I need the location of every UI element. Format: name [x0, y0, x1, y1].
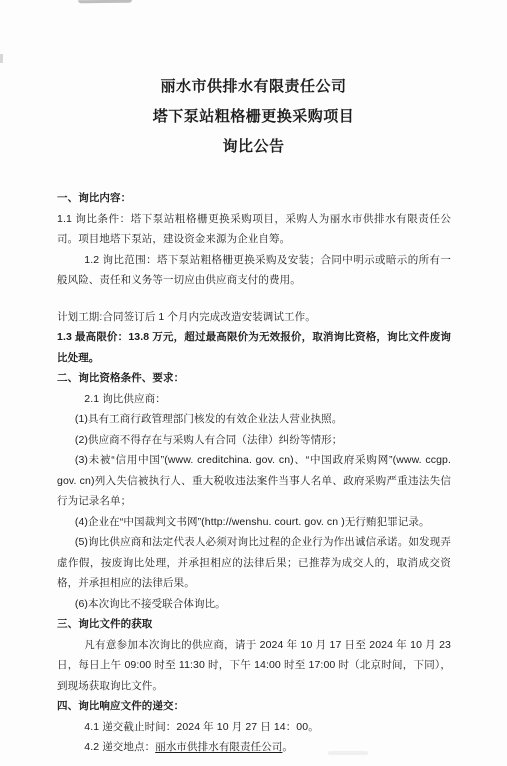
company-name-title: 丽水市供排水有限责任公司 [0, 72, 507, 102]
clause-1-2-scope: 1.2 询比范围：塔下泵站粗格栅更换采购及安装；合同中明示或暗示的所有一般风险、… [57, 250, 451, 291]
scan-artifact-bottom-smudge [328, 751, 368, 755]
notice-type-title: 询比公告 [0, 132, 507, 162]
clause-1-3-max-price: 1.3 最高限价：13.8 万元，超过最高限价为无效报价，取消询比资格，询比文件… [57, 327, 451, 368]
clause-1-1-conditions: 1.1 询比条件：塔下泵站粗格栅更换采购项目，采购人为丽水市供排水有限责任公司。… [57, 209, 451, 250]
clause-planned-duration: 计划工期:合同签订后 1 个月内完成改造安装调试工作。 [57, 307, 451, 328]
section3-heading: 三、询比文件的获取 [57, 614, 451, 635]
scanned-document-page: 丽水市供排水有限责任公司 塔下泵站粗格栅更换采购项目 询比公告 一、询比内容： … [0, 0, 507, 766]
section2-heading: 二、询比资格条件、要求： [57, 368, 451, 389]
section1-heading: 一、询比内容： [57, 188, 451, 209]
qualification-item-6: (6)本次询比不接受联合体询比。 [57, 594, 451, 615]
scan-artifact-top-smudge [78, 0, 132, 3]
qualification-item-2: (2)供应商不得存在与采购人有合同（法律）纠纷等情形； [57, 430, 451, 451]
clause-4-2-label: 4.2 递交地点： [84, 741, 155, 753]
document-obtainment-paragraph: 凡有意参加本次询比的供应商，请于 2024 年 10 月 17 日至 2024 … [57, 635, 451, 697]
delivery-location-company-underlined: 丽水市供排水有限责任公司 [155, 741, 282, 753]
section4-heading: 四、询比响应文件的递交： [57, 696, 451, 717]
qualification-item-1: (1)具有工商行政管理部门核发的有效企业法人营业执照。 [57, 409, 451, 430]
qualification-item-3: (3)未被“信用中国”(www. creditchina. gov. cn)、“… [57, 450, 451, 512]
clause-4-1-deadline: 4.1 递交截止时间：2024 年 10 月 27 日 14：00。 [57, 717, 451, 738]
clause-4-2-location: 4.2 递交地点：丽水市供排水有限责任公司。 [57, 737, 451, 758]
project-name-title: 塔下泵站粗格栅更换采购项目 [0, 102, 507, 132]
qualification-item-4: (4)企业在“中国裁判文书网”(http://wenshu. court. go… [57, 512, 451, 533]
clause-4-2-period: 。 [282, 741, 293, 753]
qualification-item-5: (5)询比供应商和法定代表人必须对询比过程的企业行为作出诚信承诺。如发现弄虚作假… [57, 532, 451, 594]
clause-2-1-suppliers: 2.1 询比供应商： [57, 389, 451, 410]
document-body: 一、询比内容： 1.1 询比条件：塔下泵站粗格栅更换采购项目，采购人为丽水市供排… [0, 162, 507, 758]
scan-artifact-left-edge [0, 54, 3, 63]
document-title-block: 丽水市供排水有限责任公司 塔下泵站粗格栅更换采购项目 询比公告 [0, 0, 507, 162]
